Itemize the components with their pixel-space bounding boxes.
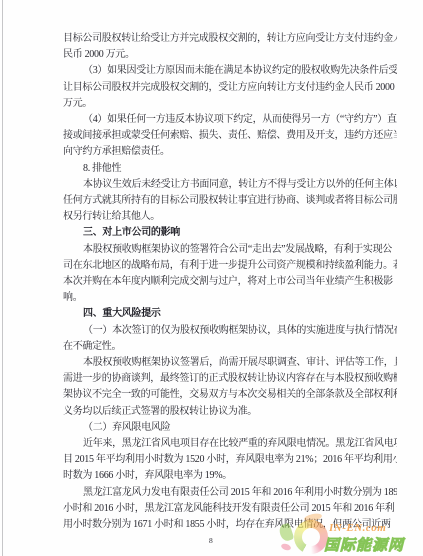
text-line: （4）如果任何一方违反本协议项下约定，从而使得另一方（“守约方”）直 — [63, 112, 397, 128]
document-body: 目标公司股权转让给受让方并完成股权交割的，转让方应向受让方支付违约金人民币 20… — [63, 31, 397, 533]
text-line: 本股权预收购框架协议签署后，尚需开展尽职调查、审计、评估等工作，且 — [63, 355, 397, 371]
document-paragraph: （3）如果因受让方原因而未能在满足本协议约定的股权收购先决条件后受让目标公司股权… — [63, 63, 397, 112]
text-line: 本股权预收购框架协议的签署符合公司“走出去”发展战略，有利于实现公 — [63, 242, 397, 258]
text-line: 本协议生效后未经受让方书面同意，转让方不得与受让方以外的任何主体以 — [63, 177, 397, 193]
watermark-site-name-chinese: 国际能源网 — [324, 534, 404, 555]
text-line: 万元。 — [63, 96, 397, 112]
document-paragraph: 黑龙江富龙风力发电有限责任公司 2015 年和 2016 年利用小时数分别为 1… — [63, 485, 397, 534]
page-left-border — [2, 0, 3, 556]
document-paragraph: 本协议生效后未经受让方书面同意，转让方不得与受让方以外的任何主体以任何方式就其所… — [63, 177, 397, 226]
logo-dot-shape — [280, 543, 291, 552]
text-line: 三、对上市公司的影响 — [63, 225, 397, 241]
section-heading: 三、对上市公司的影响 — [63, 225, 397, 241]
text-line: 司在东北地区的战略布局，有利于进一步提升公司资产规模和持续盈利能力。若 — [63, 258, 397, 274]
document-paragraph: （一）本次签订的仅为股权预收购框架协议，具体的实施进度与执行情况存在不确定性。 — [63, 323, 397, 355]
text-line: 任何方式就其所持有的目标公司股权转让事宜进行协商、谈判或者将目标公司股 — [63, 193, 397, 209]
text-line: （3）如果因受让方原因而未能在满足本协议约定的股权收购先决条件后受 — [63, 63, 397, 79]
text-line: 用小时数分别为 1671 小时和 1855 小时，均存在弃风限电情况，但两公司近… — [63, 517, 397, 533]
text-line: 权另行转让给其他人。 — [63, 209, 397, 225]
text-line: （二）弃风限电风险 — [63, 420, 397, 436]
document-paragraph: （4）如果任何一方违反本协议项下约定，从而使得另一方（“守约方”）直接或间接承担… — [63, 112, 397, 161]
text-line: 接或间接承担或蒙受任何索赔、损失、责任、赔偿、费用及开支，违约方还应当 — [63, 128, 397, 144]
page-number: 8 — [209, 536, 213, 545]
text-line: 响。 — [63, 290, 397, 306]
document-paragraph: 目标公司股权转让给受让方并完成股权交割的，转让方应向受让方支付违约金人民币 20… — [63, 31, 397, 63]
text-line: 民币 2000 万元。 — [63, 47, 397, 63]
text-line: 目 2015 年平均利用小时数为 1520 小时，弃风限电率为 21%；2016… — [63, 452, 397, 468]
document-paragraph: （二）弃风限电风险 — [63, 420, 397, 436]
text-line: 时数为 1666 小时，弃风限电率为 19%。 — [63, 468, 397, 484]
document-paragraph: 本股权预收购框架协议的签署符合公司“走出去”发展战略，有利于实现公司在东北地区的… — [63, 242, 397, 307]
text-line: 架协议不完全一致的可能性，交易双方与本次交易相关的全部条款及全部权利和 — [63, 387, 397, 403]
text-line: 在不确定性。 — [63, 339, 397, 355]
text-line: 本次并购在本年度内顺利完成交割与过户，将对上市公司当年业绩产生积极影 — [63, 274, 397, 290]
text-line: 黑龙江富龙风力发电有限责任公司 2015 年和 2016 年利用小时数分别为 1… — [63, 485, 397, 501]
section-heading: 四、重大风险提示 — [63, 306, 397, 322]
text-line: 让目标公司股权并完成股权交割的，受让方应向转让方支付违约金人民币 2000 — [63, 80, 397, 96]
document-page: 目标公司股权转让给受让方并完成股权交割的，转让方应向受让方支付违约金人民币 20… — [0, 0, 423, 556]
text-line: （一）本次签订的仅为股权预收购框架协议，具体的实施进度与执行情况存 — [63, 323, 397, 339]
text-line: 近年来，黑龙江省风电项目存在比较严重的弃风限电情况。黑龙江省风电项 — [63, 436, 397, 452]
text-line: 目标公司股权转让给受让方并完成股权交割的，转让方应向受让方支付违约金人 — [63, 31, 397, 47]
text-line: 8. 排他性 — [63, 161, 397, 177]
document-paragraph: 8. 排他性 — [63, 161, 397, 177]
text-line: 四、重大风险提示 — [63, 306, 397, 322]
document-paragraph: 本股权预收购框架协议签署后，尚需开展尽职调查、审计、评估等工作，且需进一步的协商… — [63, 355, 397, 420]
text-line: 需进一步的协商谈判，最终签订的正式股权转让协议内容存在与本股权预收购框 — [63, 371, 397, 387]
document-paragraph: 近年来，黑龙江省风电项目存在比较严重的弃风限电情况。黑龙江省风电项目 2015 … — [63, 436, 397, 485]
text-line: 义务均以后续正式签署的股权转让协议为准。 — [63, 404, 397, 420]
text-line: 小时和 2016 小时，黑龙江富龙风能科技开发有限责任公司 2015 年和 20… — [63, 501, 397, 517]
text-line: 向守约方承担赔偿责任。 — [63, 144, 397, 160]
